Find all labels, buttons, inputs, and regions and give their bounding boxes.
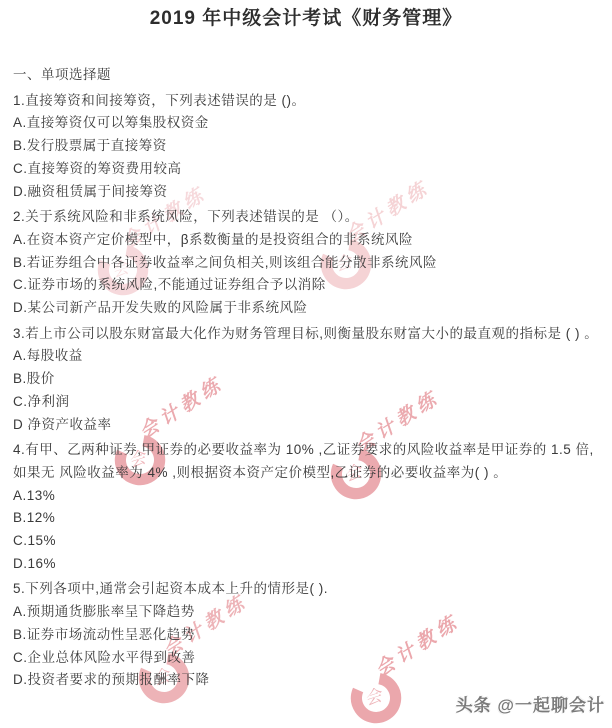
question-block-5: 5.下列各项中,通常会引起资本成本上升的情形是( ). A.预期通货膨胀率呈下降…: [13, 578, 599, 692]
option-line: C.证券市场的系统风险,不能通过证券组合予以消除: [13, 274, 599, 297]
question-block-3: 3.若上市公司以股东财富最大化作为财务管理目标,则衡量股东财富大小的最直观的指标…: [13, 323, 599, 437]
option-line: A.预期通货膨胀率呈下降趋势: [13, 601, 599, 624]
section-heading: 一、单项选择题: [13, 64, 599, 87]
toutiao-attribution: 头条 @一起聊会计: [456, 691, 605, 716]
option-line: C.直接筹资的筹资费用较高: [13, 158, 599, 181]
question-stem: 2.关于系统风险和非系统风险，下列表述错误的是 （）。: [13, 206, 599, 229]
option-line: C.净利润: [13, 391, 599, 414]
document-body: 2019 年中级会计考试《财务管理》 一、单项选择题 1.直接筹资和间接筹资，下…: [0, 0, 612, 728]
question-block-2: 2.关于系统风险和非系统风险，下列表述错误的是 （）。 A.在资本资产定价模型中…: [13, 206, 599, 320]
option-line: A.在资本资产定价模型中，β系数衡量的是投资组合的非系统风险: [13, 229, 599, 252]
option-line: A.每股收益: [13, 345, 599, 368]
option-line: B.若证券组合中各证券收益率之间负相关,则该组合能分散非系统风险: [13, 252, 599, 275]
option-line: D.融资租赁属于间接筹资: [13, 181, 599, 204]
option-line: C.企业总体风险水平得到改善: [13, 647, 599, 670]
exam-document-page: 会 会计教练 会 会计教练 会 会计教练 会 会计教练 会 会计教练 会 会计教…: [0, 0, 612, 728]
question-block-1: 1.直接筹资和间接筹资，下列表述错误的是 ()。 A.直接筹资仅可以筹集股权资金…: [13, 90, 599, 204]
exam-content: 一、单项选择题 1.直接筹资和间接筹资，下列表述错误的是 ()。 A.直接筹资仅…: [13, 64, 599, 692]
option-line: D.投资者要求的预期报酬率下降: [13, 669, 599, 692]
option-line: B.12%: [13, 507, 599, 530]
option-line: B.证券市场流动性呈恶化趋势: [13, 624, 599, 647]
option-line: B.股价: [13, 368, 599, 391]
page-title: 2019 年中级会计考试《财务管理》: [13, 0, 599, 30]
question-stem: 1.直接筹资和间接筹资，下列表述错误的是 ()。: [13, 90, 599, 113]
question-stem: 3.若上市公司以股东财富最大化作为财务管理目标,则衡量股东财富大小的最直观的指标…: [13, 323, 599, 346]
option-line: A.13%: [13, 485, 599, 508]
option-line: B.发行股票属于直接筹资: [13, 135, 599, 158]
option-line: C.15%: [13, 530, 599, 553]
option-line: A.直接筹资仅可以筹集股权资金: [13, 112, 599, 135]
option-line: D 净资产收益率: [13, 414, 599, 437]
question-stem: 4.有甲、乙两种证券,甲证券的必要收益率为 10% ,乙证券要求的风险收益率是甲…: [13, 439, 599, 484]
option-line: D.16%: [13, 553, 599, 576]
question-stem: 5.下列各项中,通常会引起资本成本上升的情形是( ).: [13, 578, 599, 601]
option-line: D.某公司新产品开发失败的风险属于非系统风险: [13, 297, 599, 320]
question-block-4: 4.有甲、乙两种证券,甲证券的必要收益率为 10% ,乙证券要求的风险收益率是甲…: [13, 439, 599, 575]
